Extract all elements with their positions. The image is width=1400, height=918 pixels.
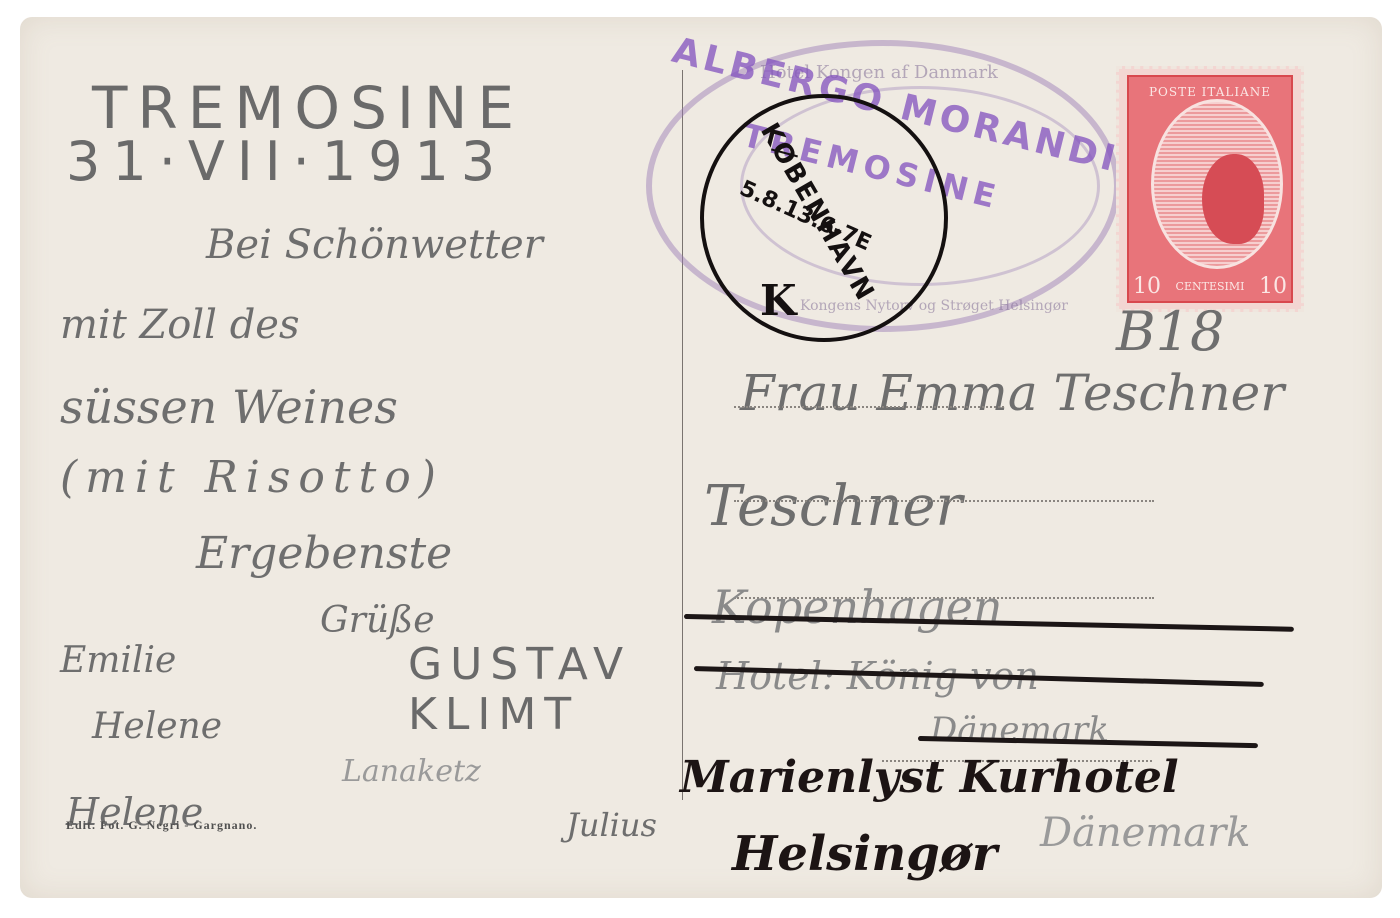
stamp-value-right: 10 — [1259, 274, 1287, 299]
signature-klimt: GUSTAV KLIMT — [408, 640, 668, 740]
stamp-value-left: 10 — [1133, 274, 1161, 299]
address-dotted-line-2 — [734, 500, 1154, 502]
message-line-5: Ergebenste — [196, 528, 452, 579]
signature-helene-1: Helene — [92, 706, 222, 747]
signature-emilie: Emilie — [60, 640, 176, 681]
message-line-2: mit Zoll des — [60, 302, 300, 348]
king-portrait-icon — [1202, 154, 1264, 244]
pencil-country-below: Dänemark — [1040, 810, 1251, 856]
message-line-6: Grüße — [320, 600, 435, 641]
address-annotation: B18 — [1116, 300, 1224, 363]
message-line-1: Bei Schönwetter — [206, 222, 543, 268]
publisher-imprint: Edit. Fot. G. Negri - Gargnano. — [66, 818, 257, 833]
address-recipient-surname: Teschner — [704, 474, 962, 539]
postage-stamp: POSTE ITALIANE CENTESIMI 10 10 — [1116, 66, 1304, 312]
message-line-3: süssen Weines — [60, 380, 398, 434]
signature-lanaketz: Lanaketz — [342, 754, 481, 789]
address-recipient-line1: Frau Emma Teschner — [740, 364, 1284, 422]
signature-julius: Julius — [566, 806, 657, 844]
struck-line-1: Kopenhagen — [712, 580, 1002, 634]
redirect-line-1: Marienlyst Kurhotel — [680, 752, 1179, 803]
message-date: 31·VII·1913 — [66, 130, 507, 193]
stamp-country: POSTE ITALIANE — [1129, 85, 1291, 99]
cancel-letter: K — [760, 276, 797, 325]
redirect-line-2: Helsingør — [732, 826, 997, 882]
message-line-4: (mit Risotto) — [60, 452, 444, 503]
address-dotted-line-1 — [734, 406, 1004, 408]
